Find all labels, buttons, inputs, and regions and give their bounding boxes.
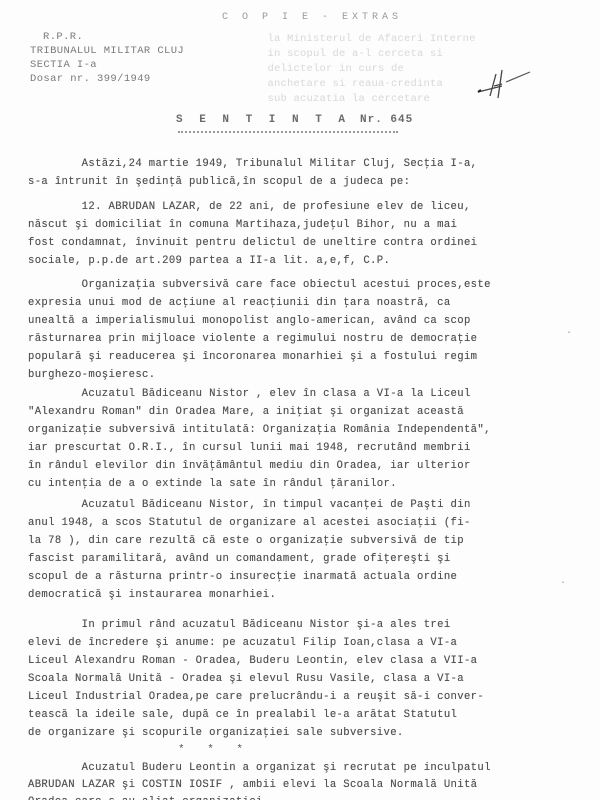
body-line: Acuzatul Bădiceanu Nistor , elev în clas… [28,388,471,400]
body-line: organizaţie subversivă intitulată: Organ… [28,424,491,436]
body-line: unealtă a imperialismului monopolist ang… [28,315,471,327]
body-line: la 78 ), din care rezultă că este o orga… [28,535,464,547]
body-line: tească la ideile sale, după ce în preala… [28,709,457,721]
body-line: sociale, p.p.de art.209 partea a II-a li… [28,255,390,267]
body-line: Organizaţia subversivă care face obiectu… [28,279,491,291]
copy-extract-stamp: C O P I E - EXTRAS [222,12,402,23]
document-page: la Ministerul de Afaceri Interne in scop… [0,0,600,800]
court-section: SECTIA I-a [30,58,184,72]
body-line: expresia unui mod de acţiune al reacţiun… [28,297,451,309]
body-line: răsturnarea prin mijloace violente a reg… [28,333,477,345]
body-line: burghezo-moşieresc. [28,369,155,381]
body-line: Astăzi,24 martie 1949, Tribunalul Milita… [28,158,477,170]
body-line: Acuzatul Bădiceanu Nistor, în timpul vac… [28,499,471,511]
closing-line: Oradea,care s-au aliat organizaţiei. [28,796,269,800]
handwritten-signature-icon [472,64,532,104]
body-line: născut şi domiciliat în comuna Martihaza… [28,219,457,231]
section-separator: * * * [178,744,251,756]
body-line: s-a întrunit în şedinţă publică,în scopu… [28,176,410,188]
body-line: în rândul elevilor din învăţământul medi… [28,460,471,472]
body-line: Liceul Alexandru Roman - Oradea, Buderu … [28,655,477,667]
body-line: Scoala Normală Unită - Oradea şi elevul … [28,673,464,685]
body-line: iar prescurtat O.R.I., în cursul lunii m… [28,442,471,454]
closing-line: ABRUDAN LAZAR şi COSTIN IOSIF , ambii el… [28,779,477,791]
title-underline [178,131,398,133]
court-name: TRIBUNALUL MILITAR CLUJ [30,44,184,58]
body-line: scopul de a răsturna printr-o insurecţie… [28,571,457,583]
title-text: S E N T I N T A [176,114,350,126]
margin-mark: · [560,578,566,589]
body-line: "Alexandru Roman" din Oradea Mare, a ini… [28,406,464,418]
document-title: S E N T I N T ANr. 645 [176,114,413,126]
body-line: democratică şi instaurarea monarhiei. [28,589,276,601]
closing-line: Acuzatul Buderu Leontin a organizat şi r… [28,762,491,774]
body-line: anul 1948, a scos Statutul de organizare… [28,517,471,529]
body-line: Liceul Industrial Oradea,pe care prelucr… [28,691,484,703]
body-line: 12. ABRUDAN LAZAR, de 22 ani, de profesi… [28,201,471,213]
file-number: Dosar nr. 399/1949 [30,72,184,86]
body-line: fascist paramilitară, având un comandame… [28,553,451,565]
body-line: populară şi readucerea şi încoronarea mo… [28,351,477,363]
margin-mark: · [566,328,572,339]
body-line: de organizare şi scopurile organizaţiei … [28,727,404,739]
state-label: R.P.R. [30,30,184,44]
document-header: R.P.R. TRIBUNALUL MILITAR CLUJ SECTIA I-… [30,30,184,86]
body-line: In primul rând acuzatul Bădiceanu Nistor… [28,619,451,631]
body-line: cu intenţia de a o extinde la sate în râ… [28,478,397,490]
body-line: elevi de încredere şi anume: pe acuzatul… [28,637,457,649]
sentence-number: Nr. 645 [360,114,413,126]
body-line: fost condamnat, învinuit pentru delictul… [28,237,477,249]
